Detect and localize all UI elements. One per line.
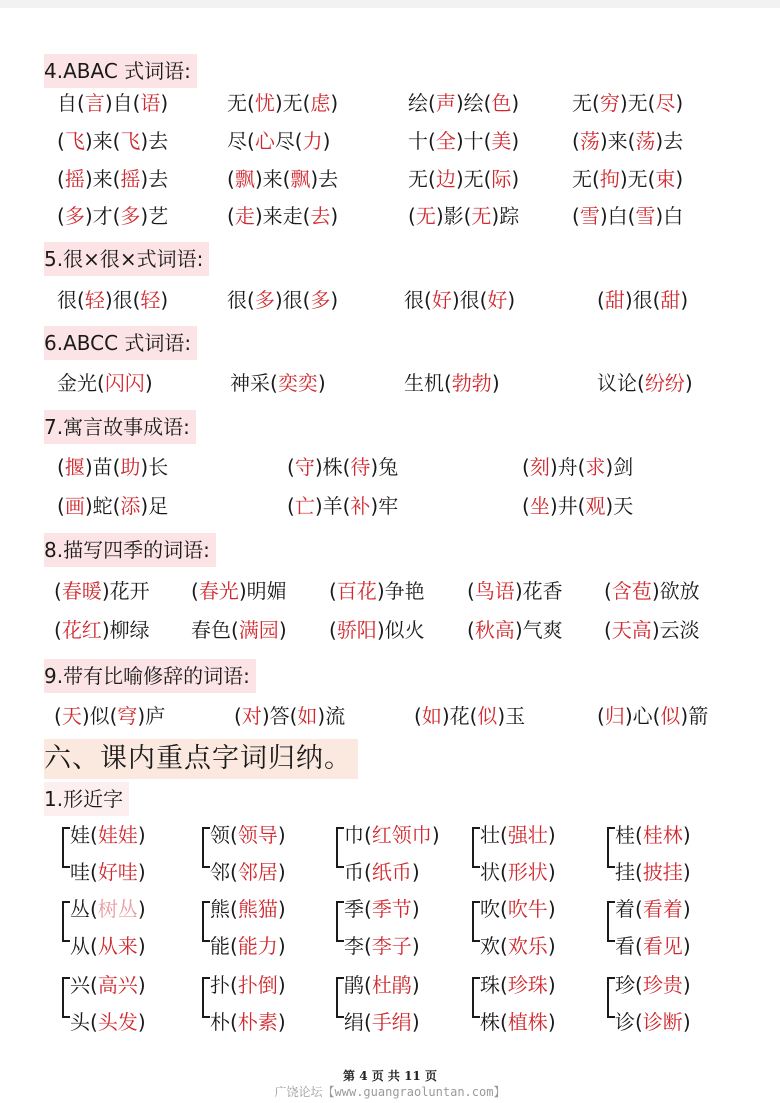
word-row: (花红)柳绿春色(满园)(骄阳)似火(秋高)气爽(天高)云淡 bbox=[0, 613, 780, 647]
answer-text: 含苞 bbox=[612, 579, 652, 603]
prompt-text: )似火 bbox=[377, 618, 425, 642]
prompt-text: 珠( bbox=[480, 973, 508, 997]
answer-text: 走 bbox=[235, 204, 255, 228]
prompt-text: ) bbox=[279, 618, 287, 642]
answer-text: 亡 bbox=[295, 494, 315, 518]
prompt-text: 无( bbox=[572, 91, 600, 115]
similar-char-pair: 扑(扑倒)朴(朴素) bbox=[200, 968, 340, 1042]
answer-text: 天高 bbox=[612, 618, 652, 642]
prompt-text: )株( bbox=[315, 455, 351, 479]
prompt-text: ) bbox=[680, 288, 688, 312]
similar-char-line: 娃(娃娃) bbox=[70, 818, 146, 852]
answer-text: 李子 bbox=[372, 934, 412, 958]
prompt-text: ( bbox=[227, 204, 235, 228]
prompt-text: ) bbox=[511, 91, 519, 115]
similar-char-pair: 着(看着)看(看见) bbox=[605, 892, 745, 966]
prompt-text: ) bbox=[683, 934, 691, 958]
answer-text: 束 bbox=[655, 167, 675, 191]
prompt-text: )似( bbox=[82, 704, 118, 728]
prompt-text: 壮( bbox=[480, 823, 508, 847]
prompt-text: ) bbox=[318, 371, 326, 395]
answer-text: 花红 bbox=[62, 618, 102, 642]
answer-text: 荡 bbox=[635, 129, 655, 153]
prompt-text: ( bbox=[414, 704, 422, 728]
prompt-text: 春色( bbox=[191, 618, 239, 642]
bracket-icon bbox=[472, 827, 480, 868]
answer-text: 求 bbox=[585, 455, 605, 479]
prompt-text: )踪 bbox=[491, 204, 519, 228]
word-item: (走)来走(去) bbox=[227, 199, 338, 233]
answer-text: 坐 bbox=[530, 494, 550, 518]
bracket-icon bbox=[336, 901, 344, 942]
similar-char-line: 李(李子) bbox=[344, 929, 420, 963]
answer-text: 多 bbox=[255, 288, 275, 312]
word-item: (鸟语)花香 bbox=[467, 574, 563, 608]
prompt-text: 巾( bbox=[344, 823, 372, 847]
prompt-text: ( bbox=[54, 579, 62, 603]
prompt-text: 币( bbox=[344, 860, 372, 884]
similar-char-pair: 兴(高兴)头(头发) bbox=[60, 968, 200, 1042]
answer-text: 季节 bbox=[372, 897, 412, 921]
prompt-text: 绘( bbox=[408, 91, 436, 115]
prompt-text: 邻( bbox=[210, 860, 238, 884]
answer-text: 诊断 bbox=[643, 1010, 683, 1034]
word-item: 无(忧)无(虑) bbox=[227, 86, 338, 120]
prompt-text: 哇( bbox=[70, 860, 98, 884]
prompt-text: ( bbox=[54, 618, 62, 642]
answer-text: 似 bbox=[660, 704, 680, 728]
answer-text: 雪 bbox=[580, 204, 600, 228]
word-item: 神采(奕奕) bbox=[230, 366, 326, 400]
prompt-text: ) bbox=[278, 860, 286, 884]
prompt-text: )来( bbox=[600, 129, 636, 153]
similar-char-line: 挂(披挂) bbox=[615, 855, 691, 889]
similar-char-pair: 领(领导)邻(邻居) bbox=[200, 818, 340, 892]
prompt-text: ) bbox=[548, 897, 556, 921]
prompt-text: ) bbox=[685, 371, 693, 395]
answer-text: 言 bbox=[85, 91, 105, 115]
answer-text: 全 bbox=[436, 129, 456, 153]
prompt-text: 着( bbox=[615, 897, 643, 921]
prompt-text: )无( bbox=[456, 167, 492, 191]
bracket-icon bbox=[62, 827, 70, 868]
prompt-text: )来( bbox=[255, 167, 291, 191]
section-heading-abac: 4.ABAC 式词语: bbox=[44, 54, 197, 88]
prompt-text: )影( bbox=[436, 204, 472, 228]
prompt-text: ) bbox=[412, 897, 420, 921]
similar-char-line: 诊(诊断) bbox=[615, 1005, 691, 1039]
word-item: 尽(心尽(力) bbox=[227, 124, 330, 158]
answer-text: 头发 bbox=[98, 1010, 138, 1034]
prompt-text: ) bbox=[412, 860, 420, 884]
prompt-text: ) bbox=[145, 371, 153, 395]
answer-text: 摇 bbox=[120, 167, 140, 191]
word-row: (多)才(多)艺(走)来走(去)(无)影(无)踪(雪)白(雪)白 bbox=[0, 199, 780, 233]
word-item: 很(好)很(好) bbox=[404, 283, 515, 317]
answer-text: 边 bbox=[436, 167, 456, 191]
answer-text: 手绢 bbox=[372, 1010, 412, 1034]
similar-char-line: 株(植株) bbox=[480, 1005, 556, 1039]
bracket-icon bbox=[472, 977, 480, 1018]
word-item: (归)心(似)箭 bbox=[597, 699, 708, 733]
answer-text: 秋高 bbox=[475, 618, 515, 642]
prompt-text: )去 bbox=[140, 167, 168, 191]
answer-text: 红领巾 bbox=[372, 823, 432, 847]
prompt-text: ) bbox=[548, 823, 556, 847]
prompt-text: )箭 bbox=[680, 704, 708, 728]
prompt-text: ( bbox=[329, 618, 337, 642]
prompt-text: ) bbox=[675, 91, 683, 115]
answer-text: 观 bbox=[585, 494, 605, 518]
prompt-text: )很( bbox=[625, 288, 661, 312]
prompt-text: ( bbox=[597, 704, 605, 728]
prompt-text: 很( bbox=[404, 288, 432, 312]
answer-text: 熊猫 bbox=[238, 897, 278, 921]
answer-text: 娃娃 bbox=[98, 823, 138, 847]
prompt-text: )去 bbox=[140, 129, 168, 153]
watermark: 广饶论坛【www.guangraoluntan.com】 bbox=[0, 1083, 780, 1100]
answer-text: 扑倒 bbox=[238, 973, 278, 997]
similar-char-pair: 壮(强壮)状(形状) bbox=[470, 818, 610, 892]
prompt-text: ) bbox=[412, 934, 420, 958]
answer-text: 多 bbox=[310, 288, 330, 312]
prompt-text: )牢 bbox=[370, 494, 398, 518]
prompt-text: 熊( bbox=[210, 897, 238, 921]
similar-char-line: 鹃(杜鹃) bbox=[344, 968, 420, 1002]
prompt-text: )心( bbox=[625, 704, 661, 728]
answer-text: 满园 bbox=[239, 618, 279, 642]
prompt-text: 很( bbox=[227, 288, 255, 312]
prompt-text: 很( bbox=[57, 288, 85, 312]
prompt-text: ( bbox=[604, 579, 612, 603]
prompt-text: ( bbox=[57, 167, 65, 191]
similar-char-line: 珍(珍贵) bbox=[615, 968, 691, 1002]
prompt-text: ) bbox=[675, 167, 683, 191]
similar-char-line: 桂(桂林) bbox=[615, 818, 691, 852]
answer-text: 吹牛 bbox=[508, 897, 548, 921]
word-row: 很(轻)很(轻)很(多)很(多)很(好)很(好)(甜)很(甜) bbox=[0, 283, 780, 317]
prompt-text: ( bbox=[227, 167, 235, 191]
answer-text: 尽 bbox=[655, 91, 675, 115]
similar-char-line: 绢(手绢) bbox=[344, 1005, 420, 1039]
prompt-text: )争艳 bbox=[377, 579, 425, 603]
similar-char-line: 丛(树丛) bbox=[70, 892, 146, 926]
section-heading-abcc: 6.ABCC 式词语: bbox=[44, 326, 197, 360]
prompt-text: )长 bbox=[140, 455, 168, 479]
prompt-text: 吹( bbox=[480, 897, 508, 921]
answer-text: 无 bbox=[416, 204, 436, 228]
prompt-text: ) bbox=[160, 91, 168, 115]
answer-text: 如 bbox=[422, 704, 442, 728]
answer-text: 桂林 bbox=[643, 823, 683, 847]
word-item: (无)影(无)踪 bbox=[408, 199, 519, 233]
answer-text: 邻居 bbox=[238, 860, 278, 884]
prompt-text: )来走( bbox=[255, 204, 311, 228]
prompt-text: )花香 bbox=[515, 579, 563, 603]
answer-text: 际 bbox=[491, 167, 511, 191]
section-heading-hen: 5.很×很×式词语: bbox=[44, 242, 209, 276]
answer-text: 飞 bbox=[120, 129, 140, 153]
answer-text: 奕奕 bbox=[278, 371, 318, 395]
word-item: (守)株(待)兔 bbox=[287, 450, 398, 484]
answer-text: 飘 bbox=[235, 167, 255, 191]
answer-text: 珍珠 bbox=[508, 973, 548, 997]
word-item: (摇)来(摇)去 bbox=[57, 162, 168, 196]
prompt-text: 诊( bbox=[615, 1010, 643, 1034]
similar-char-pair: 桂(桂林)挂(披挂) bbox=[605, 818, 745, 892]
similar-char-line: 领(领导) bbox=[210, 818, 286, 852]
prompt-text: ) bbox=[412, 973, 420, 997]
word-item: (雪)白(雪)白 bbox=[572, 199, 683, 233]
word-item: 自(言)自(语) bbox=[57, 86, 168, 120]
word-item: 金光(闪闪) bbox=[57, 366, 153, 400]
answer-text: 勃勃 bbox=[452, 371, 492, 395]
word-item: (荡)来(荡)去 bbox=[572, 124, 683, 158]
prompt-text: )来( bbox=[85, 167, 121, 191]
answer-text: 语 bbox=[140, 91, 160, 115]
prompt-text: 娃( bbox=[70, 823, 98, 847]
similar-char-pair: 熊(熊猫)能(能力) bbox=[200, 892, 340, 966]
prompt-text: ) bbox=[330, 288, 338, 312]
prompt-text: 桂( bbox=[615, 823, 643, 847]
answer-text: 对 bbox=[242, 704, 262, 728]
prompt-text: ( bbox=[408, 204, 416, 228]
similar-char-line: 币(纸币) bbox=[344, 855, 420, 889]
answer-text: 高兴 bbox=[98, 973, 138, 997]
prompt-text: ) bbox=[683, 1010, 691, 1034]
prompt-text: )绘( bbox=[456, 91, 492, 115]
prompt-text: 株( bbox=[480, 1010, 508, 1034]
word-item: 生机(勃勃) bbox=[404, 366, 500, 400]
prompt-text: )花开 bbox=[102, 579, 150, 603]
prompt-text: )蛇( bbox=[85, 494, 121, 518]
prompt-text: ) bbox=[683, 860, 691, 884]
answer-text: 甜 bbox=[660, 288, 680, 312]
word-item: (对)答(如)流 bbox=[234, 699, 345, 733]
prompt-text: )庐 bbox=[137, 704, 165, 728]
bracket-icon bbox=[607, 901, 615, 942]
answer-text: 百花 bbox=[337, 579, 377, 603]
prompt-text: )舟( bbox=[550, 455, 586, 479]
prompt-text: ) bbox=[278, 823, 286, 847]
word-item: (坐)井(观)天 bbox=[522, 489, 633, 523]
answer-text: 荡 bbox=[580, 129, 600, 153]
prompt-text: ) bbox=[330, 204, 338, 228]
prompt-text: ) bbox=[511, 167, 519, 191]
word-item: (天)似(穹)庐 bbox=[54, 699, 165, 733]
prompt-text: )玉 bbox=[497, 704, 525, 728]
word-row: (春暖)花开(春光)明媚(百花)争艳(鸟语)花香(含苞)欲放 bbox=[0, 574, 780, 608]
subsection-heading-similar-chars: 1.形近字 bbox=[44, 782, 129, 816]
prompt-text: ) bbox=[138, 1010, 146, 1034]
prompt-text: )白( bbox=[600, 204, 636, 228]
similar-char-pair: 巾(红领巾)币(纸币) bbox=[334, 818, 474, 892]
prompt-text: 从( bbox=[70, 934, 98, 958]
answer-text: 助 bbox=[120, 455, 140, 479]
prompt-text: )气爽 bbox=[515, 618, 563, 642]
answer-text: 看着 bbox=[643, 897, 683, 921]
prompt-text: ( bbox=[287, 494, 295, 518]
similar-char-pair: 鹃(杜鹃)绢(手绢) bbox=[334, 968, 474, 1042]
prompt-text: ) bbox=[138, 973, 146, 997]
answer-text: 珍贵 bbox=[643, 973, 683, 997]
prompt-text: )花( bbox=[442, 704, 478, 728]
answer-text: 看见 bbox=[643, 934, 683, 958]
answer-text: 轻 bbox=[85, 288, 105, 312]
word-item: 无(穷)无(尽) bbox=[572, 86, 683, 120]
bracket-icon bbox=[202, 901, 210, 942]
similar-char-pair: 吹(吹牛)欢(欢乐) bbox=[470, 892, 610, 966]
prompt-text: 看( bbox=[615, 934, 643, 958]
answer-text: 好 bbox=[487, 288, 507, 312]
prompt-text: )十( bbox=[456, 129, 492, 153]
bracket-icon bbox=[202, 977, 210, 1018]
prompt-text: ( bbox=[467, 618, 475, 642]
prompt-text: )欲放 bbox=[652, 579, 700, 603]
word-item: 很(多)很(多) bbox=[227, 283, 338, 317]
answer-text: 归 bbox=[605, 704, 625, 728]
prompt-text: 丛( bbox=[70, 897, 98, 921]
similar-char-pair: 珍(珍贵)诊(诊断) bbox=[605, 968, 745, 1042]
word-row: (摇)来(摇)去(飘)来(飘)去无(边)无(际)无(拘)无(束) bbox=[0, 162, 780, 196]
answer-text: 朴素 bbox=[238, 1010, 278, 1034]
answer-text: 好 bbox=[432, 288, 452, 312]
prompt-text: 绢( bbox=[344, 1010, 372, 1034]
similar-char-line: 季(季节) bbox=[344, 892, 420, 926]
prompt-text: )井( bbox=[550, 494, 586, 518]
answer-text: 多 bbox=[65, 204, 85, 228]
section-heading-seasons: 8.描写四季的词语: bbox=[44, 533, 216, 567]
similar-char-line: 头(头发) bbox=[70, 1005, 146, 1039]
prompt-text: 珍( bbox=[615, 973, 643, 997]
prompt-text: )天 bbox=[605, 494, 633, 518]
prompt-text: )云淡 bbox=[652, 618, 700, 642]
prompt-text: 议论( bbox=[597, 371, 645, 395]
similar-char-pair: 娃(娃娃)哇(好哇) bbox=[60, 818, 200, 892]
prompt-text: ) bbox=[138, 823, 146, 847]
word-item: 议论(纷纷) bbox=[597, 366, 693, 400]
prompt-text: 兴( bbox=[70, 973, 98, 997]
prompt-text: )白 bbox=[655, 204, 683, 228]
similar-char-line: 兴(高兴) bbox=[70, 968, 146, 1002]
answer-text: 披挂 bbox=[643, 860, 683, 884]
prompt-text: )来( bbox=[85, 129, 121, 153]
answer-text: 待 bbox=[350, 455, 370, 479]
answer-text: 天 bbox=[62, 704, 82, 728]
similar-char-line: 巾(红领巾) bbox=[344, 818, 440, 852]
prompt-text: ) bbox=[683, 973, 691, 997]
prompt-text: ( bbox=[522, 455, 530, 479]
word-item: (春暖)花开 bbox=[54, 574, 150, 608]
answer-text: 声 bbox=[436, 91, 456, 115]
prompt-text: ( bbox=[287, 455, 295, 479]
prompt-text: ) bbox=[138, 897, 146, 921]
prompt-text: ( bbox=[57, 204, 65, 228]
prompt-text: ) bbox=[548, 973, 556, 997]
answer-text: 穷 bbox=[600, 91, 620, 115]
answer-text: 画 bbox=[65, 494, 85, 518]
prompt-text: )苗( bbox=[85, 455, 121, 479]
prompt-text: ( bbox=[57, 129, 65, 153]
answer-text: 强壮 bbox=[508, 823, 548, 847]
prompt-text: 尽( bbox=[275, 129, 303, 153]
answer-text: 补 bbox=[350, 494, 370, 518]
answer-text: 雪 bbox=[635, 204, 655, 228]
word-item: (画)蛇(添)足 bbox=[57, 489, 168, 523]
word-item: (飞)来(飞)去 bbox=[57, 124, 168, 158]
prompt-text: )明媚 bbox=[239, 579, 287, 603]
word-item: 春色(满园) bbox=[191, 613, 287, 647]
answer-text: 欢乐 bbox=[508, 934, 548, 958]
prompt-text: )很( bbox=[452, 288, 488, 312]
similar-char-line: 从(从来) bbox=[70, 929, 146, 963]
prompt-text: 头( bbox=[70, 1010, 98, 1034]
answer-text: 骄阳 bbox=[337, 618, 377, 642]
answer-text: 色 bbox=[491, 91, 511, 115]
similar-char-line: 着(看着) bbox=[615, 892, 691, 926]
prompt-text: ) bbox=[412, 1010, 420, 1034]
prompt-text: ) bbox=[548, 860, 556, 884]
answer-text: 多 bbox=[120, 204, 140, 228]
answer-text: 美 bbox=[491, 129, 511, 153]
prompt-text: ) bbox=[278, 934, 286, 958]
prompt-text: )自( bbox=[105, 91, 141, 115]
bracket-icon bbox=[62, 977, 70, 1018]
prompt-text: ) bbox=[683, 823, 691, 847]
section-heading-metaphor: 9.带有比喻修辞的词语: bbox=[44, 659, 256, 693]
prompt-text: )足 bbox=[140, 494, 168, 518]
prompt-text: 金光( bbox=[57, 371, 105, 395]
answer-text: 杜鹃 bbox=[372, 973, 412, 997]
similar-char-line: 朴(朴素) bbox=[210, 1005, 286, 1039]
prompt-text: 十( bbox=[408, 129, 436, 153]
prompt-text: ) bbox=[278, 973, 286, 997]
prompt-text: )无( bbox=[275, 91, 311, 115]
word-row: (揠)苗(助)长(守)株(待)兔(刻)舟(求)剑 bbox=[0, 450, 780, 484]
similar-char-line: 熊(熊猫) bbox=[210, 892, 286, 926]
word-item: (百花)争艳 bbox=[329, 574, 425, 608]
word-item: 无(边)无(际) bbox=[408, 162, 519, 196]
prompt-text: ) bbox=[548, 934, 556, 958]
prompt-text: ( bbox=[54, 704, 62, 728]
similar-char-pair: 丛(树丛)从(从来) bbox=[60, 892, 200, 966]
prompt-text: )很( bbox=[105, 288, 141, 312]
answer-text: 能力 bbox=[238, 934, 278, 958]
prompt-text: ) bbox=[278, 897, 286, 921]
prompt-text: ) bbox=[548, 1010, 556, 1034]
prompt-text: ) bbox=[683, 897, 691, 921]
prompt-text: 生机( bbox=[404, 371, 452, 395]
bracket-icon bbox=[336, 827, 344, 868]
prompt-text: )去 bbox=[655, 129, 683, 153]
prompt-text: 自( bbox=[57, 91, 85, 115]
prompt-text: ( bbox=[329, 579, 337, 603]
word-item: 十(全)十(美) bbox=[408, 124, 519, 158]
prompt-text: 状( bbox=[480, 860, 508, 884]
prompt-text: )羊( bbox=[315, 494, 351, 518]
prompt-text: 神采( bbox=[230, 371, 278, 395]
prompt-text: )无( bbox=[620, 167, 656, 191]
prompt-text: 李( bbox=[344, 934, 372, 958]
prompt-text: )答( bbox=[262, 704, 298, 728]
answer-text: 似 bbox=[477, 704, 497, 728]
word-row: (天)似(穹)庐(对)答(如)流(如)花(似)玉(归)心(似)箭 bbox=[0, 699, 780, 733]
prompt-text: ( bbox=[572, 129, 580, 153]
answer-text: 形状 bbox=[508, 860, 548, 884]
answer-text: 纸币 bbox=[372, 860, 412, 884]
answer-text: 春光 bbox=[199, 579, 239, 603]
prompt-text: ) bbox=[138, 934, 146, 958]
